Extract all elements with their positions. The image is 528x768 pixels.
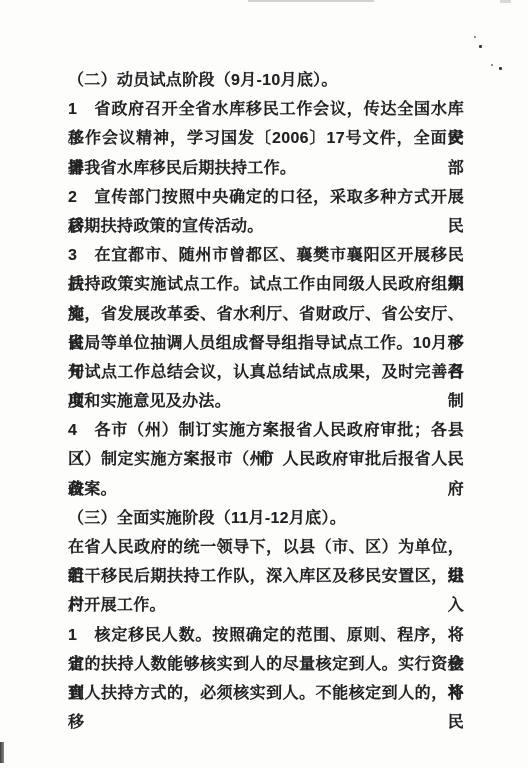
text-line: 1 省政府召开全省水库移民工作会议，传达全国水库移民	[68, 95, 464, 124]
text-line: 工作会议精神，学习国发〔2006〕17号文件，全面安排部	[68, 124, 464, 153]
text-line: 1 核定移民人数。按照确定的范围、原则、程序，将省核	[68, 621, 464, 650]
section-heading-3: （三）全面实施阶段（11月-12月底）。	[68, 504, 464, 533]
text-line: 3 在宜都市、随州市曾都区、襄樊市襄阳区开展移民后期	[68, 241, 464, 270]
text-line: 若干移民后期扶持工作队，深入库区及移民安置区，进村入	[68, 562, 464, 591]
scan-speck-1	[474, 36, 476, 38]
text-line: 区）制定实施方案报市（州）人民政府审批后报省人民政府	[68, 445, 464, 474]
text-line: 扶持政策实施试点工作。试点工作由同级人民政府组织实	[68, 270, 464, 299]
document-text-block: （二）动员试点阶段（9月-10月底）。 1 省政府召开全省水库移民工作会议，传达…	[68, 66, 464, 708]
text-line: 施，省发展改革委、省水利厅、省财政厅、省公安厅、省移	[68, 300, 464, 329]
text-line: 到人扶持方式的，必须核实到人。不能核定到人的，将移民	[68, 679, 464, 708]
scan-corner-artifact	[500, 0, 511, 3]
scan-speck-2	[479, 45, 482, 48]
scan-speck-4	[499, 67, 502, 70]
scan-edge-line-artifact	[248, 0, 374, 2]
text-line: 开试点工作总结会议，认真总结试点成果，及时完善各项制	[68, 358, 464, 387]
text-line: 2 宣传部门按照中央确定的口径，采取多种方式开展移民	[68, 183, 464, 212]
text-line: 4 各市（州）制订实施方案报省人民政府审批；各县（市、	[68, 416, 464, 445]
text-line: 在省人民政府的统一领导下，以县（市、区）为单位，组织	[68, 533, 464, 562]
text-line: 民局等单位抽调人员组成督导组指导试点工作。10月下旬召	[68, 329, 464, 358]
scan-left-edge-artifact	[0, 742, 4, 763]
section-heading-2: （二）动员试点阶段（9月-10月底）。	[68, 66, 464, 95]
scan-speck-3	[491, 64, 493, 66]
text-line: 定的扶持人数能够核实到人的尽量核定到人。实行资金直补	[68, 650, 464, 679]
scanned-document-page: （二）动员试点阶段（9月-10月底）。 1 省政府召开全省水库移民工作会议，传达…	[0, 0, 528, 768]
